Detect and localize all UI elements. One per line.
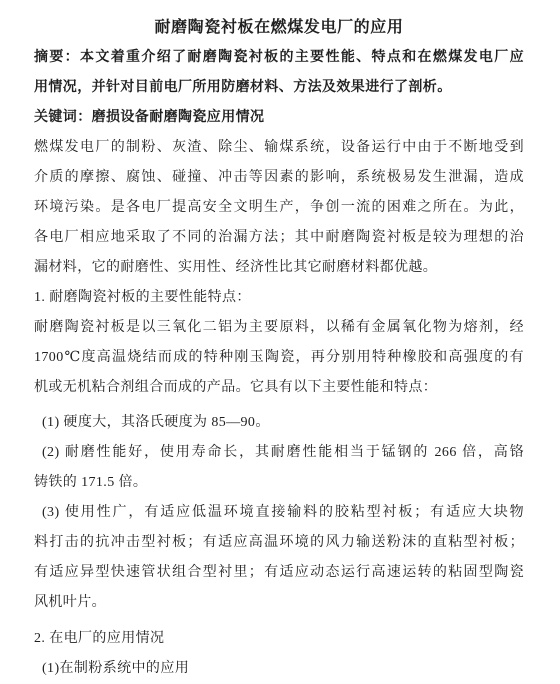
section-1-intro-line: 耐磨陶瓷衬板是以三氧化二铝为主要原料，以稀有金属氧化物为熔剂，经 <box>34 313 524 343</box>
document-title: 耐磨陶瓷衬板在燃煤发电厂的应用 <box>34 13 524 43</box>
intro-line: 介质的摩擦、腐蚀、碰撞、冲击等因素的影响，系统极易发生泄漏，造成 <box>34 163 524 193</box>
feature-item-3-line: 风机叶片。 <box>34 588 524 618</box>
feature-item-1-line: (1) 硬度大，其洛氏硬度为 85—90。 <box>34 408 524 438</box>
intro-line: 燃煤发电厂的制粉、灰渣、除尘、输煤系统，设备运行中由于不断地受到 <box>34 133 524 163</box>
document-page: 耐磨陶瓷衬板在燃煤发电厂的应用 摘要：本文着重介绍了耐磨陶瓷衬板的主要性能、特点… <box>0 0 560 684</box>
feature-item-2-line: 铸铁的 171.5 倍。 <box>34 468 524 498</box>
section-2-heading: 2. 在电厂的应用情况 <box>34 624 524 654</box>
section-1-intro-line: 机或无机粘合剂组合而成的产品。它具有以下主要性能和特点： <box>34 373 524 403</box>
intro-line: 各电厂相应地采取了不同的治漏方法；其中耐磨陶瓷衬板是较为理想的治 <box>34 223 524 253</box>
section-1-intro-line: 1700℃度高温烧结而成的特种刚玉陶瓷，再分别用特种橡胶和高强度的有 <box>34 343 524 373</box>
abstract-line: 摘要：本文着重介绍了耐磨陶瓷衬板的主要性能、特点和在燃煤发电厂应 <box>34 43 524 73</box>
abstract-line: 用情况，并针对目前电厂所用防磨材料、方法及效果进行了剖析。 <box>34 73 524 103</box>
keywords-line: 关键词：磨损设备耐磨陶瓷应用情况 <box>34 103 524 133</box>
feature-item-3-line: 有适应异型快速管状组合型衬里；有适应动态运行高速运转的粘固型陶瓷 <box>34 558 524 588</box>
section-1-heading: 1. 耐磨陶瓷衬板的主要性能特点： <box>34 283 524 313</box>
intro-line: 漏材料，它的耐磨性、实用性、经济性比其它耐磨材料都优越。 <box>34 253 524 283</box>
intro-line: 环境污染。是各电厂提高安全文明生产，争创一流的困难之所在。为此， <box>34 193 524 223</box>
feature-item-3-line: 料打击的抗冲击型衬板；有适应高温环境的风力输送粉沫的直粘型衬板； <box>34 528 524 558</box>
feature-item-2-line: (2) 耐磨性能好，使用寿命长，其耐磨性能相当于锰钢的 266 倍，高铬 <box>34 438 524 468</box>
section-2-sub-heading: (1)在制粉系统中的应用 <box>34 654 524 684</box>
feature-item-3-line: (3) 使用性广，有适应低温环境直接输料的胶粘型衬板；有适应大块物 <box>34 498 524 528</box>
